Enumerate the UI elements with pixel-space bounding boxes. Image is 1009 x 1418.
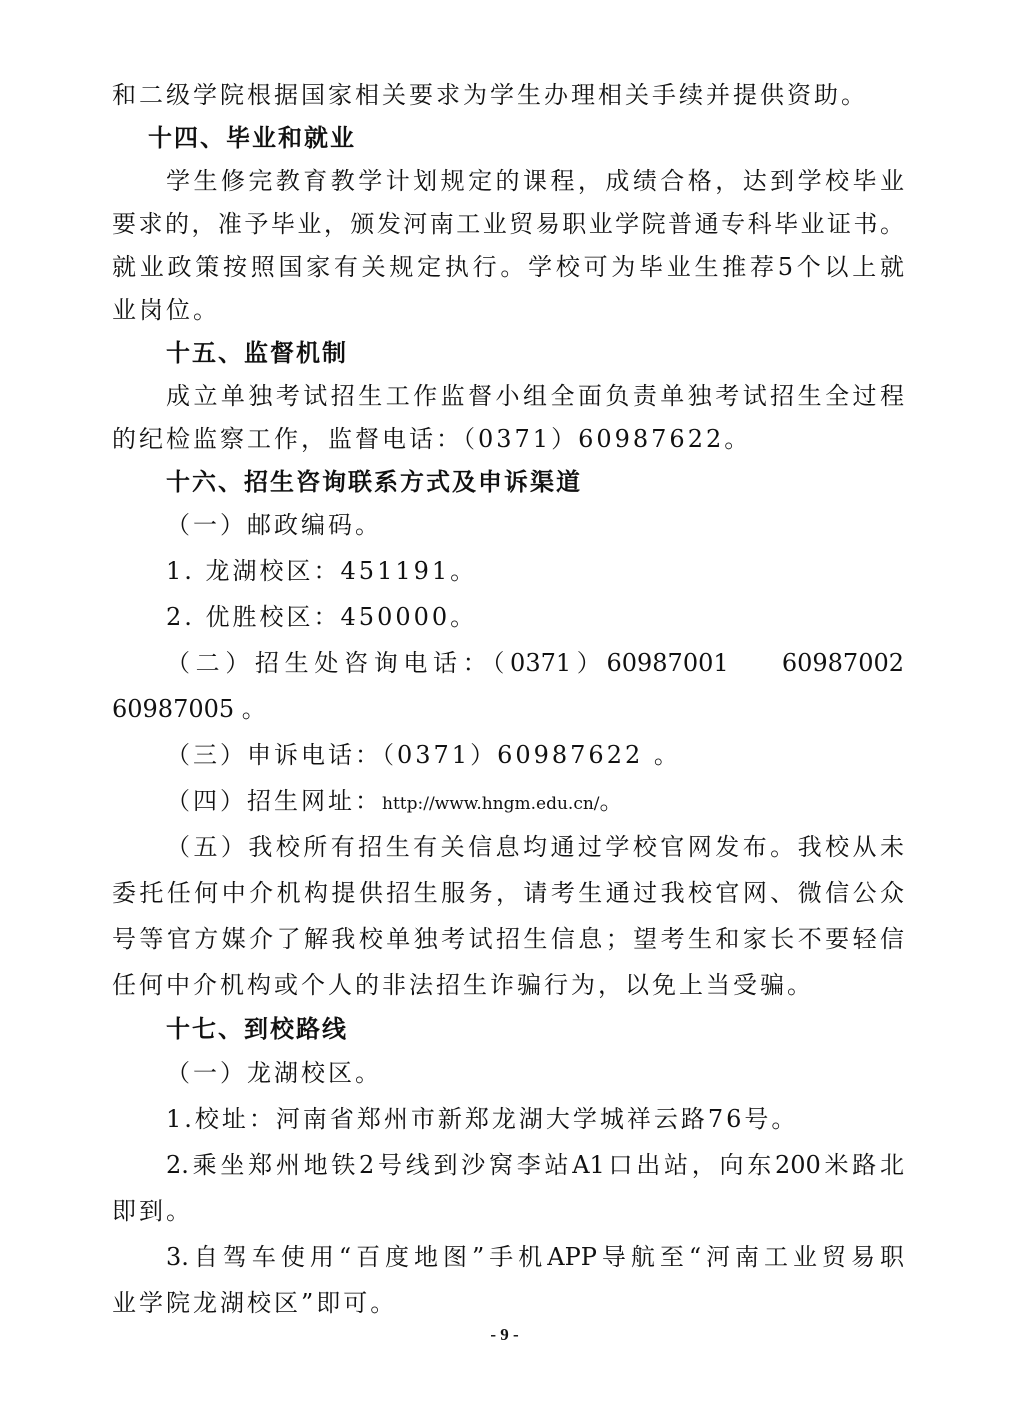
paragraph-line: 任何中介机构或个人的非法招生诈骗行为，以免上当受骗。 (112, 970, 904, 1000)
postal-code-yousheng: 2. 优胜校区：450000。 (166, 602, 958, 632)
driving-route-line: 业学院龙湖校区”即可。 (112, 1288, 904, 1318)
paragraph-line: （一）邮政编码。 (166, 510, 958, 540)
paragraph-line: 学生修完教育教学计划规定的课程，成绩合格，达到学校毕业 (166, 166, 904, 196)
supervision-phone-line: 的纪检监察工作，监督电话：（0371）60987622。 (112, 424, 904, 454)
admissions-phone-line: （二）招生处咨询电话：（0371）60987001 60987002 (166, 648, 904, 678)
page-number: - 9 - (0, 1325, 1009, 1345)
campus-address-line: 1.校址：河南省郑州市新郑龙湖大学城祥云路76号。 (166, 1104, 958, 1134)
appeal-phone-line: （三）申诉电话：（0371）60987622 。 (166, 740, 958, 770)
document-page: 和二级学院根据国家相关要求为学生办理相关手续并提供资助。 十四、毕业和就业 学生… (0, 0, 1009, 1418)
section-heading-route: 十七、到校路线 (166, 1014, 958, 1044)
paragraph-line: （一）龙湖校区。 (166, 1058, 958, 1088)
website-period: 。 (600, 787, 627, 815)
website-label: （四）招生网址： (166, 787, 382, 815)
section-heading-contact: 十六、招生咨询联系方式及申诉渠道 (166, 467, 958, 497)
website-line: （四）招生网址：http://www.hngm.edu.cn/。 (166, 786, 958, 819)
paragraph-line: （五）我校所有招生有关信息均通过学校官网发布。我校从未 (166, 832, 904, 862)
paragraph-line: 要求的，准予毕业，颁发河南工业贸易职业学院普通专科毕业证书。 (112, 209, 904, 239)
admissions-phone-line: 60987005 。 (112, 694, 904, 724)
paragraph-line: 和二级学院根据国家相关要求为学生办理相关手续并提供资助。 (112, 80, 904, 110)
paragraph-line: 号等官方媒介了解我校单独考试招生信息；望考生和家长不要轻信 (112, 924, 904, 954)
section-heading-graduation: 十四、毕业和就业 (148, 123, 940, 153)
paragraph-line: 成立单独考试招生工作监督小组全面负责单独考试招生全过程 (166, 381, 904, 411)
website-link[interactable]: http://www.hngm.edu.cn/ (382, 794, 600, 814)
metro-route-line: 2.乘坐郑州地铁2号线到沙窝李站A1口出站，向东200米路北 (166, 1150, 904, 1180)
paragraph-line: 业岗位。 (112, 295, 904, 325)
paragraph-line: 就业政策按照国家有关规定执行。学校可为毕业生推荐5个以上就 (112, 252, 904, 282)
paragraph-line: 委托任何中介机构提供招生服务，请考生通过我校官网、微信公众 (112, 878, 904, 908)
metro-route-line: 即到。 (112, 1196, 904, 1226)
section-heading-supervision: 十五、监督机制 (166, 338, 958, 368)
driving-route-line: 3.自驾车使用“百度地图”手机APP导航至“河南工业贸易职 (166, 1242, 904, 1272)
postal-code-longhu: 1. 龙湖校区：451191。 (166, 556, 958, 586)
